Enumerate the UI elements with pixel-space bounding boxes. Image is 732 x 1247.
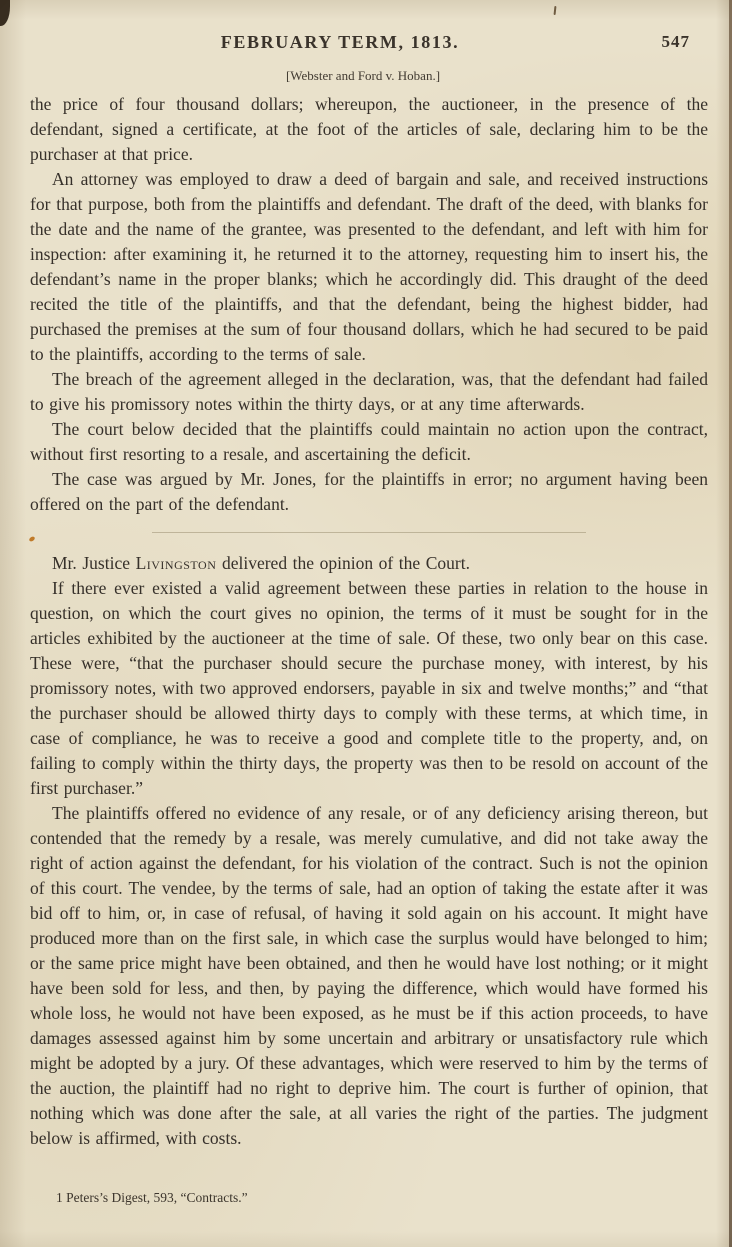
case-caption: [Webster and Ford v. Hoban.]: [0, 68, 726, 84]
opinion-suffix: delivered the opinion of the Court.: [216, 553, 470, 573]
opinion-attribution-line: Mr. Justice Livingston delivered the opi…: [30, 551, 708, 576]
running-head-term-title: FEBRUARY TERM, 1813.: [0, 32, 680, 53]
paragraph: If there ever existed a valid agreement …: [30, 576, 708, 801]
paragraph: The plaintiffs offered no evidence of an…: [30, 801, 708, 1151]
paragraph: The breach of the agreement alleged in t…: [30, 367, 708, 417]
paragraph: The court below decided that the plainti…: [30, 417, 708, 467]
paragraph: The case was argued by Mr. Jones, for th…: [30, 467, 708, 517]
section-break: [30, 517, 708, 551]
faint-divider-rule: [152, 532, 586, 533]
scanned-book-page: FEBRUARY TERM, 1813. 547 [Webster and Fo…: [0, 0, 732, 1247]
opinion-prefix: Mr. Justice: [52, 553, 136, 573]
page-number: 547: [662, 32, 691, 52]
justice-name: Livingston: [136, 553, 217, 573]
binding-corner-shadow: [0, 0, 10, 26]
footnote-citation: 1 Peters’s Digest, 593, “Contracts.”: [56, 1190, 248, 1206]
paragraph: An attorney was employed to draw a deed …: [30, 167, 708, 367]
ink-speck: [554, 6, 557, 15]
body-text-column: the price of four thousand dollars; wher…: [30, 92, 708, 1151]
paragraph-continuation: the price of four thousand dollars; wher…: [30, 92, 708, 167]
